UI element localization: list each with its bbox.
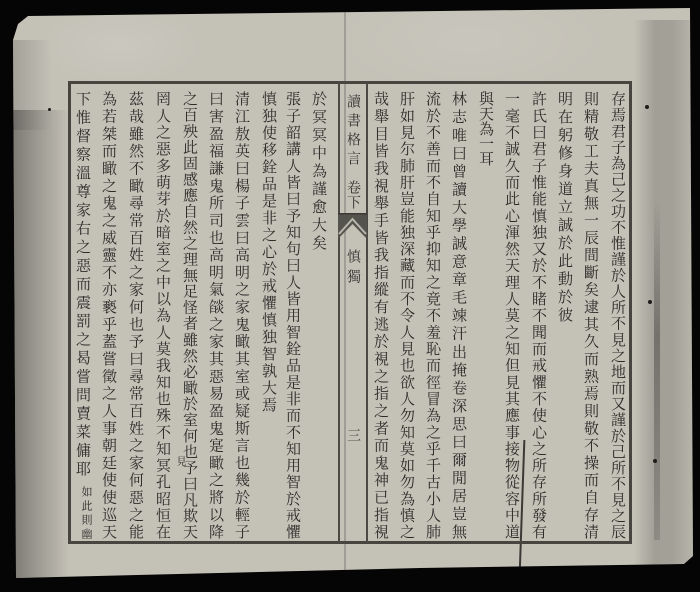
- text-column: 張子韶講人皆曰予知句曰人皆用智銓品是非而不知用智於戒懼: [280, 91, 306, 539]
- text-column: 茲哉雖然不瞰尋常百姓之家何也予曰尋常百姓之家何惡之能: [123, 91, 149, 539]
- volume-label: 卷下: [340, 180, 366, 210]
- text-column: 於冥冥中為謹愈大矣: [306, 91, 332, 539]
- ink-dot: [653, 459, 657, 463]
- text-column: 為若桀而瞰之鬼之威靈不亦褻乎蓋嘗徵之人事朝廷使使巡天: [96, 91, 122, 539]
- text-column: 哉舉目皆我視舉手皆我指縱有逃於視之指之者而鬼神已指視: [368, 91, 394, 539]
- page-number: 三: [340, 428, 366, 442]
- margin-streak-right: [654, 200, 660, 540]
- text-column: 則精敬工夫真無一辰間斷矣逮其久而熟焉則敬不操而自存清: [578, 91, 604, 539]
- text-column: 許氏曰君子惟能慎独又於不睹不聞而戒懼不使心之所存所發有: [526, 91, 552, 539]
- interlinear-note: 見: [172, 456, 186, 466]
- ink-dot: [648, 300, 652, 304]
- ink-dot: [645, 105, 649, 109]
- fish-tail-icon: [338, 213, 367, 239]
- margin-stain-right: [634, 20, 694, 565]
- text-column: 與天為一耳: [473, 91, 499, 539]
- text-column: 罔人之惡多萌芽於暗室之中以為人莫我知也殊不知冥孔昭恒在: [150, 91, 176, 539]
- book-title: 讀書格言: [340, 94, 366, 170]
- text-column: 慎独使移銓品是非之心於戒懼慎独智孰大焉: [256, 91, 282, 539]
- text-column: 流於不善而不自知乎抑知之竟不羞恥而徑冒為之乎千古小人肺: [420, 91, 446, 539]
- document-page: 讀書格言 卷下 慎獨 三 存焉君子為己之功不惟謹於人所不見之地而又謹於己所不見之…: [0, 0, 700, 592]
- text-column: 一毫不誠久而此心渾然天理人莫之知但見其應事接物從容中道: [499, 91, 525, 539]
- text-column: 林志唯曰曾讀大學誠意章毛竦汗出掩卷深思曰爾閒居豈無: [446, 91, 472, 539]
- text-column: 之百殃此固感應自然之理無足怪者雖然必瞰於室何也予曰凡欺天: [177, 91, 203, 539]
- text-column: 明在躬修身道立誠於此動於彼: [552, 91, 578, 539]
- text-column: 存焉君子為己之功不惟謹於人所不見之地而又謹於己所不見之辰: [605, 91, 631, 539]
- margin-stain-left: [10, 110, 70, 580]
- ink-dot: [48, 108, 51, 111]
- end-note: 如此則幽: [77, 486, 95, 542]
- text-column: 肝如見尔肺肝豈能独深藏而不令人見也欲人勿知莫如勿為慎之: [394, 91, 420, 539]
- text-column: 曰害盈福謙鬼所司也高明氣燄之家其惡易盈鬼寔瞰之將以降: [203, 91, 229, 539]
- text-column: 清江敖英曰楊子雲曰高明之家鬼瞰其室或疑斯言也幾於輕子: [229, 91, 255, 539]
- text-column: 下惟督察溫尊家右之惡而震罰之曷嘗問賣菜傭耶: [70, 91, 96, 539]
- section-title: 慎獨: [340, 249, 366, 289]
